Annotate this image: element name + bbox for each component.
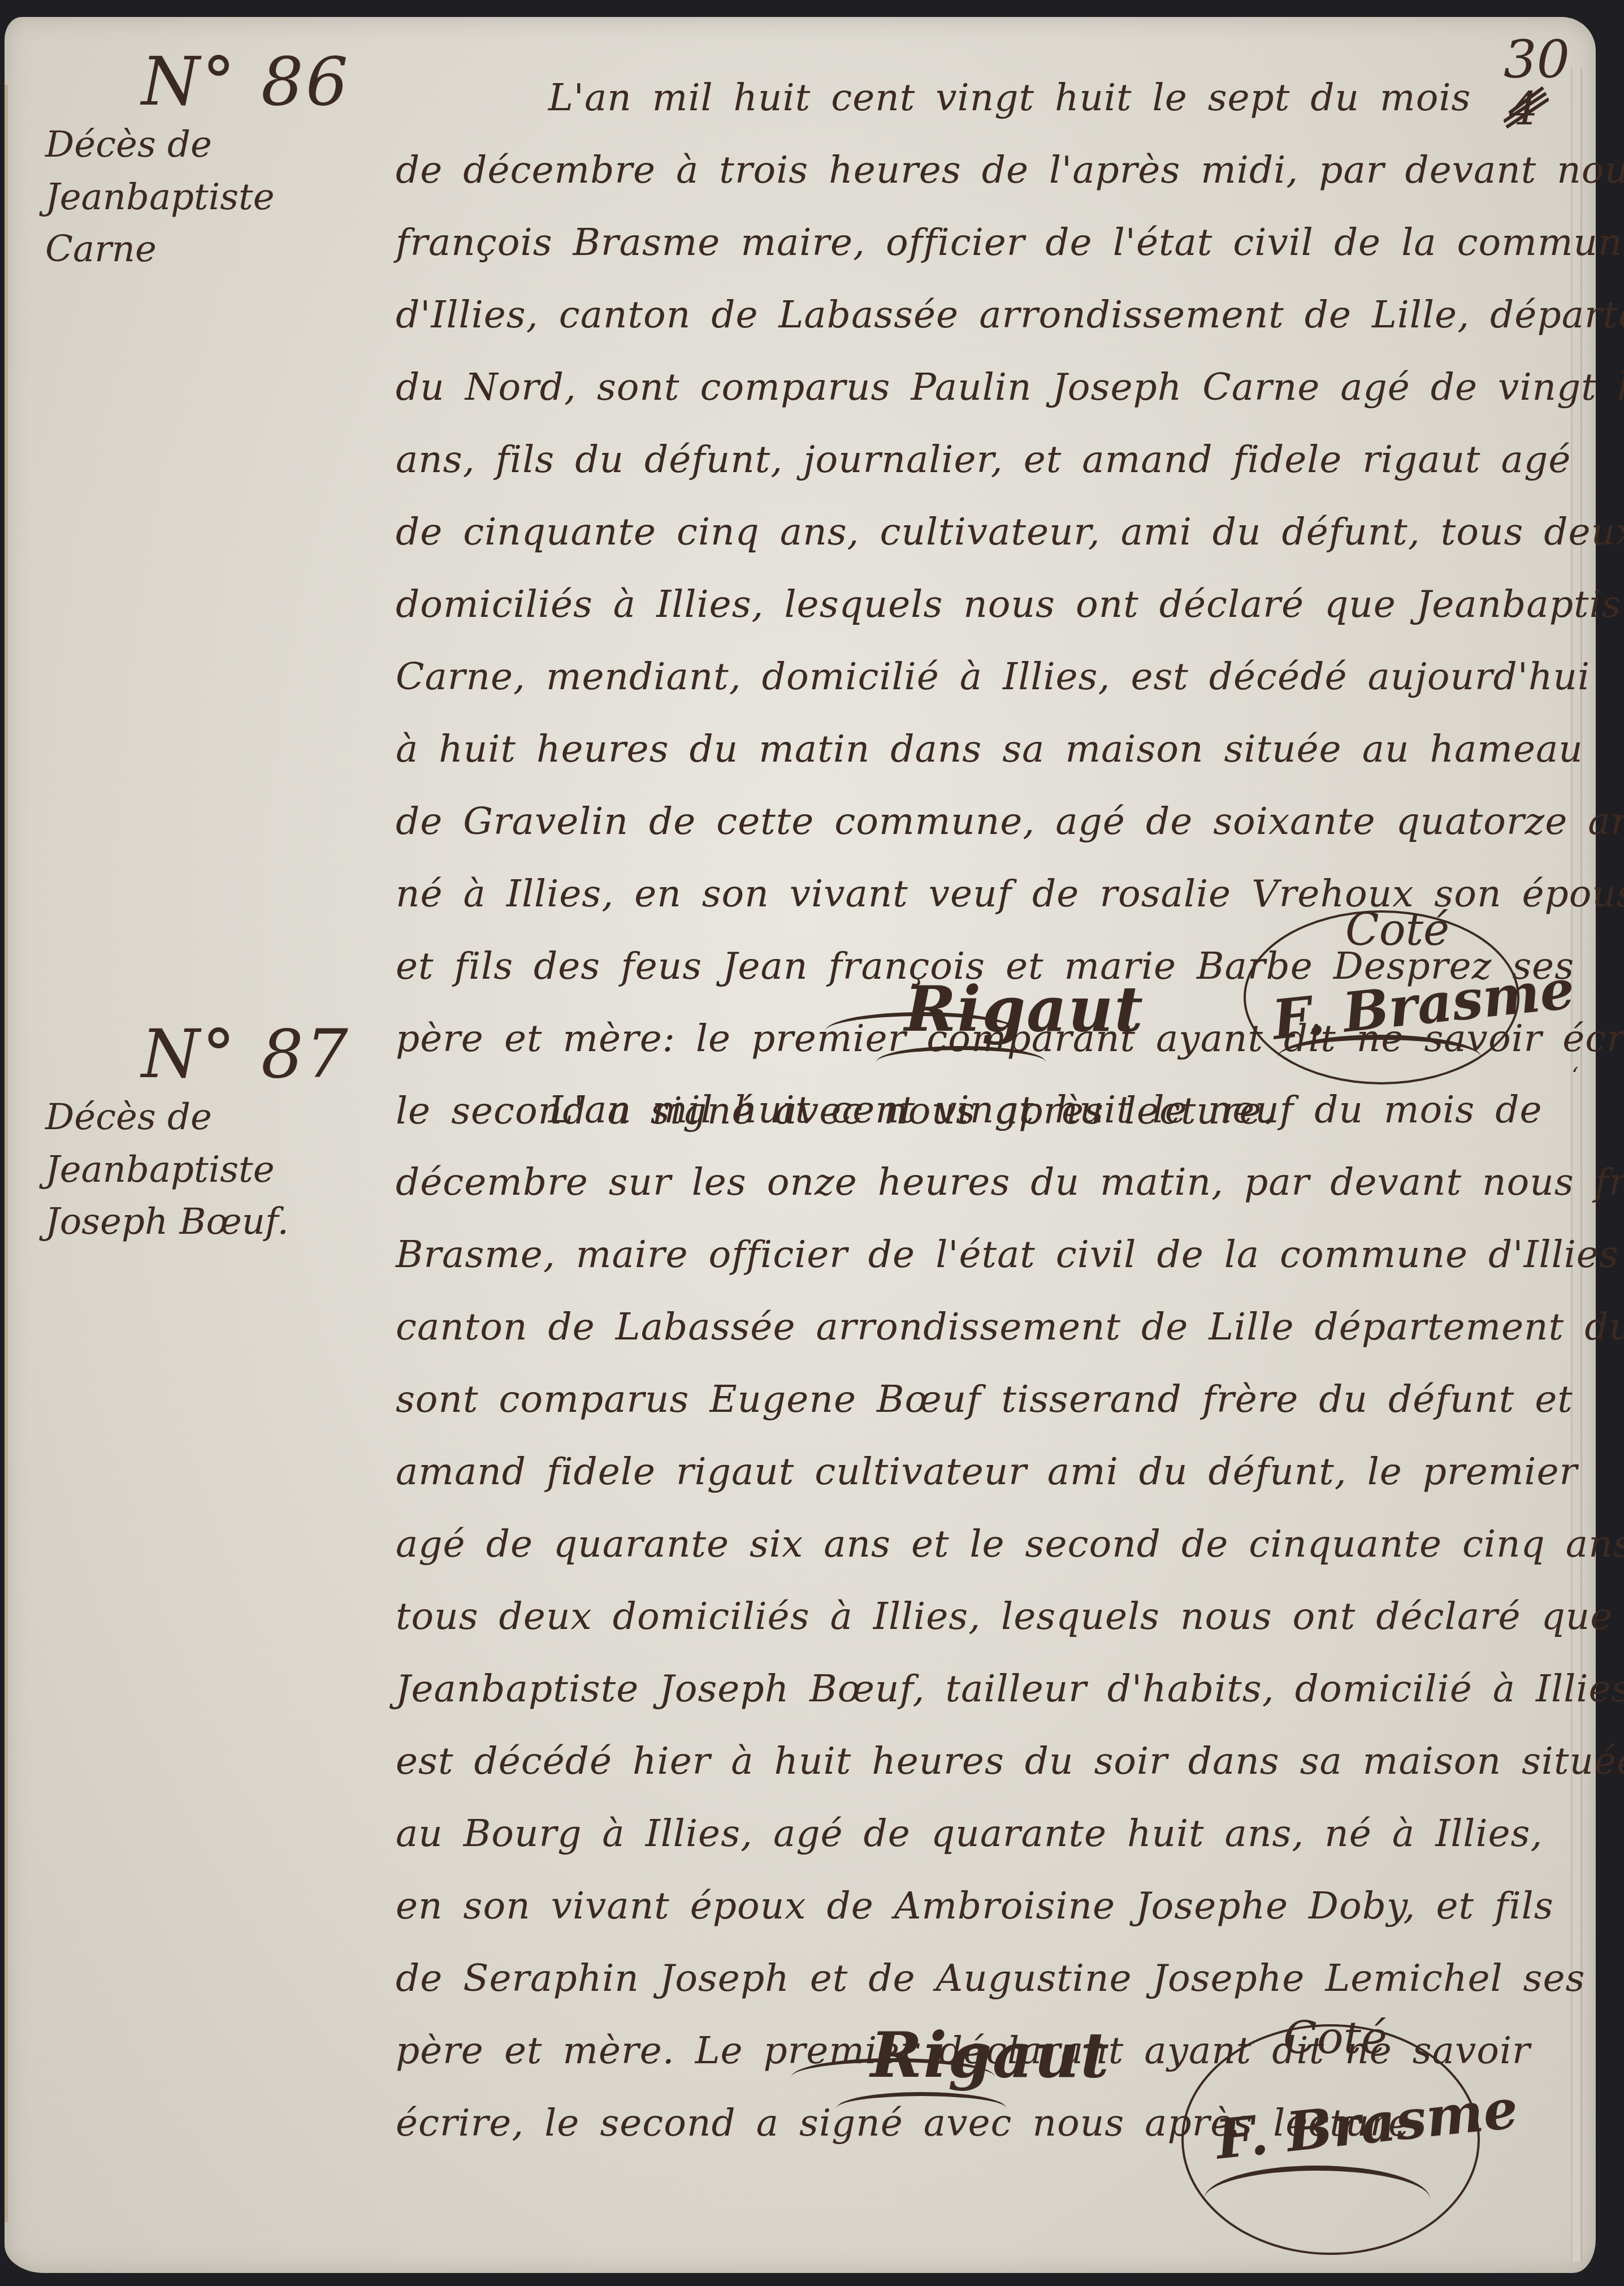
text-line: canton de Labassée arrondissement de Lil… [396, 1308, 1571, 1381]
text-line: décembre sur les onze heures du matin, p… [396, 1164, 1571, 1236]
text-line: de cinquante cinq ans, cultivateur, ami … [396, 513, 1571, 586]
text-line: agé de quarante six ans et le second de … [396, 1526, 1571, 1598]
signature-flourish-icon [1204, 2166, 1430, 2233]
text-line: tous deux domiciliés à Illies, lesquels … [396, 1598, 1571, 1670]
text-line: d'Illies, canton de Labassée arrondissem… [396, 296, 1571, 369]
margin-title-line: Carne [45, 223, 362, 276]
text-line: ans, fils du défunt, journalier, et aman… [396, 441, 1571, 513]
signature-flourish-icon [791, 2058, 995, 2096]
officer-label: Coté [1283, 2013, 1387, 2064]
margin-tick-mark-icon: ʻ [1571, 1063, 1579, 1089]
text-line: du Nord, sont comparus Paulin Joseph Car… [396, 369, 1571, 441]
text-line: Jeanbaptiste Joseph Bœuf, tailleur d'hab… [396, 1670, 1571, 1743]
text-line: françois Brasme maire, officier de l'éta… [396, 224, 1571, 296]
text-line: L'an mil huit cent vingt huit le sept du… [396, 79, 1571, 152]
text-line: domiciliés à Illies, lesquels nous ont d… [396, 586, 1571, 658]
entry-87-body: L'an mil huit cent vingt huit le neuf du… [396, 1091, 1571, 2177]
text-line: L'an mil huit cent vingt huit le neuf du… [396, 1091, 1571, 1164]
page-binding-edge [5, 85, 8, 2222]
entry-number: N° 86 [45, 45, 362, 119]
text-line: Brasme, maire officier de l'état civil d… [396, 1236, 1571, 1308]
signature-flourish-icon [837, 2092, 1006, 2124]
signature-flourish-icon [825, 1012, 1017, 1050]
text-line: en son vivant époux de Ambroisine Joseph… [396, 1887, 1571, 1960]
text-line: de décembre à trois heures de l'après mi… [396, 152, 1571, 224]
margin-title-line: Décès de Jeanbaptiste [45, 1091, 362, 1196]
signature-flourish-icon [1277, 1035, 1481, 1079]
margin-title-line: Joseph Bœuf. [45, 1196, 362, 1248]
margin-title-line: Décès de Jeanbaptiste [45, 119, 362, 224]
officer-label: Coté [1345, 905, 1449, 956]
entry-number: N° 87 [45, 1018, 362, 1091]
text-line: sont comparus Eugene Bœuf tisserand frèr… [396, 1381, 1571, 1453]
folio-number: 30 [1504, 34, 1570, 86]
text-line: de Gravelin de cette commune, agé de soi… [396, 803, 1571, 875]
text-line: au Bourg à Illies, agé de quarante huit … [396, 1815, 1571, 1887]
signature-flourish-icon [876, 1046, 1046, 1078]
text-line: Carne, mendiant, domicilié à Illies, est… [396, 658, 1571, 731]
text-line: amand fidele rigaut cultivateur ami du d… [396, 1453, 1571, 1526]
margin-note-entry-86: N° 86 Décès de Jeanbaptiste Carne [45, 45, 362, 276]
text-line: est décédé hier à huit heures du soir da… [396, 1743, 1571, 1815]
margin-note-entry-87: N° 87 Décès de Jeanbaptiste Joseph Bœuf. [45, 1018, 362, 1248]
text-line: à huit heures du matin dans sa maison si… [396, 731, 1571, 803]
